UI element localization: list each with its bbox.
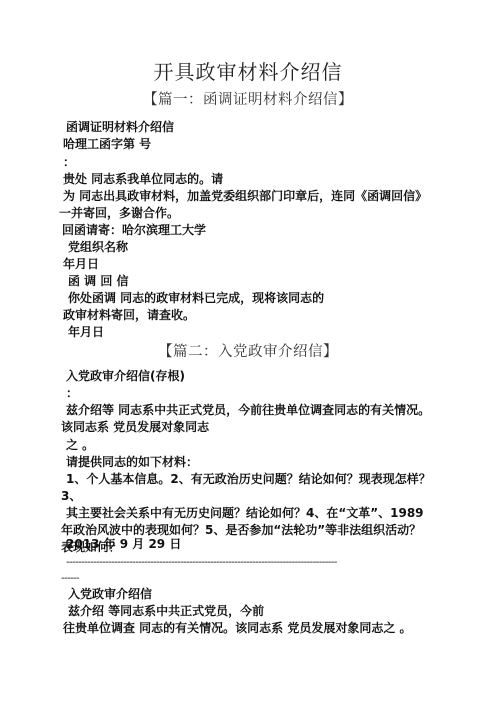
date: 2013 年 9 月 29 日 xyxy=(66,536,181,553)
text-line: 为 同志出具政审材料，加盖党委组织部门印章后，连同《函调回信》 xyxy=(63,188,427,205)
text-line: 函 调 回 信 xyxy=(68,273,129,290)
text-line: 往贵单位调查 同志的有关情况。该同志系 党员发展对象同志之 。 xyxy=(63,620,412,637)
text-line: 入党政审介绍信(存根) xyxy=(66,368,185,385)
text-line: 贵处 同志系我单位同志的。请 xyxy=(63,171,223,188)
text-line: 函调证明材料介绍信 xyxy=(66,119,174,136)
text-line: 回函请寄：哈尔滨理工大学 xyxy=(62,222,206,239)
text-line: 党组织名称 xyxy=(68,239,128,256)
text-line: 年月日 xyxy=(63,256,99,273)
text-line: 3、 xyxy=(61,488,81,505)
text-line: 哈理工函字第 号 xyxy=(63,136,151,153)
divider-line: ----------------------------------------… xyxy=(66,554,337,571)
text-line: 之 。 xyxy=(66,437,94,454)
text-line: 兹介绍等 同志系中共正式党员，今前往贵单位调查同志的有关情况。 xyxy=(66,402,430,419)
text-line: 该同志系 党员发展对象同志 xyxy=(61,419,209,436)
divider-line-cont: ------ xyxy=(61,570,79,587)
document-title: 开具政审材料介绍信 xyxy=(0,56,496,85)
text-line: 一并寄回，多谢合作。 xyxy=(59,205,179,222)
text-line: 兹介绍 等同志系中共正式党员，今前 xyxy=(68,603,264,620)
text-line: 入党政审介绍信 xyxy=(68,586,152,603)
text-line: ： xyxy=(63,154,75,171)
text-line: 请提供同志的如下材料： xyxy=(66,454,198,471)
section1-heading: 【篇一：函调证明材料介绍信】 xyxy=(0,88,496,109)
text-line: 其主要社会关系中有无历史问题？结论如何？4、在“文革”、1989 xyxy=(66,505,424,522)
text-line: 政审材料寄回，请查收。 xyxy=(63,307,195,324)
text-line: 年月日 xyxy=(68,324,104,341)
text-line: ： xyxy=(66,385,78,402)
section2-heading: 【篇二：入党政审介绍信】 xyxy=(0,340,496,361)
text-line: 你处函调 同志的政审材料已完成，现将该同志的 xyxy=(68,290,324,307)
text-line: 1、个人基本信息。2、有无政治历史问题？结论如何？现表现怎样？ xyxy=(66,471,431,488)
